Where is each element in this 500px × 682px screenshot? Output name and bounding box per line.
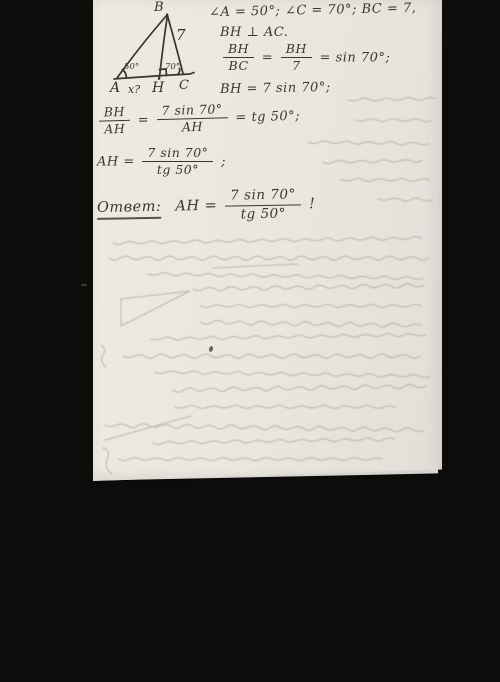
segment-ah-unknown-label: x? xyxy=(128,83,140,96)
fraction-7sin70-tg50: 7 sin 70°tg 50° xyxy=(142,146,213,178)
fraction-bh-bc: BHBC xyxy=(223,42,254,74)
vertex-label-h: H xyxy=(152,80,164,96)
solution-line-ah-value: AH = 7 sin 70°tg 50° ; xyxy=(97,146,226,178)
answer-lhs: AH = xyxy=(175,198,217,215)
line-terminator: ; xyxy=(221,154,226,169)
angle-c-label: 70° xyxy=(165,62,180,72)
vertex-label-c: C xyxy=(179,78,189,93)
solution-line-bh-value: BH = 7 sin 70°; xyxy=(220,80,331,97)
equals-sign: = xyxy=(320,50,331,65)
scanner-background: B 7 50° 70° A x? H C ∠A = 50°; ∠C = 70°;… xyxy=(0,0,500,682)
solution-line-tangent-ratio: BHAH = 7 sin 70°AH = tg 50°; xyxy=(96,100,301,137)
answer-label: Ответ: xyxy=(97,199,162,220)
solution-line-perpendicular: BH ⊥ AC. xyxy=(220,25,288,40)
paper-sheet: B 7 50° 70° A x? H C ∠A = 50°; ∠C = 70°;… xyxy=(93,0,442,481)
fraction-bh-7: BH7 xyxy=(281,42,312,74)
side-bc-length-label: 7 xyxy=(176,26,186,44)
fraction-bh-ah: BHAH xyxy=(99,105,131,138)
scan-artifact-mark xyxy=(81,284,87,287)
solution-line-sine-ratio: BHBC = BH7 = sin 70°; xyxy=(220,42,390,74)
ah-lhs: AH = xyxy=(97,154,135,169)
answer-line: Ответ: AH = 7 sin 70°tg 50° ! xyxy=(97,187,316,225)
equals-sign: = xyxy=(138,113,150,128)
answer-terminator: ! xyxy=(309,196,316,212)
tangent-value: tg 50°; xyxy=(251,109,300,125)
sine-value: sin 70°; xyxy=(336,50,391,65)
angle-a-label: 50° xyxy=(124,62,139,72)
vertex-label-b: B xyxy=(154,0,164,15)
vertex-label-a: A xyxy=(110,80,120,96)
answer-fraction: 7 sin 70°tg 50° xyxy=(225,187,301,222)
fraction-7sin70-ah: 7 sin 70°AH xyxy=(156,102,228,136)
equals-sign: = xyxy=(235,110,247,125)
equals-sign: = xyxy=(262,50,273,65)
